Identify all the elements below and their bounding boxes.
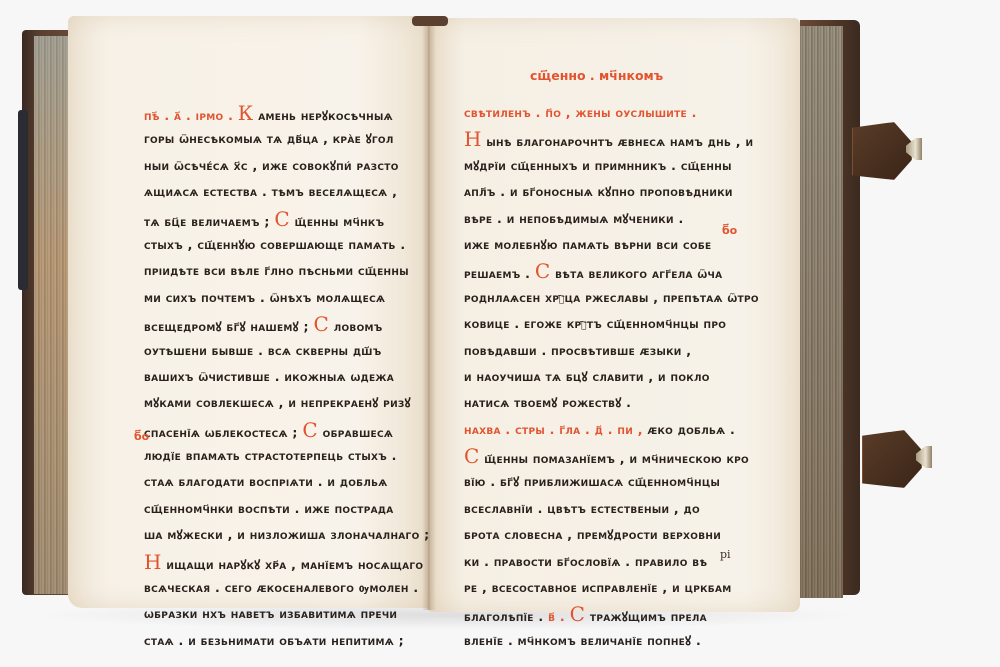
clasp-plate xyxy=(852,122,912,180)
text-line: пѣ҃ . а҃ . ірмо . К амень нерꙋкосѣчныѧ xyxy=(144,100,429,126)
text-line: ре , всесоставное исправленїе , и цркбам xyxy=(464,575,759,601)
line-text: амень нерꙋкосѣчныѧ xyxy=(258,108,393,123)
line-text: всеславнїи . цвѣтъ естественыи , до xyxy=(464,501,700,516)
line-text: ищащи нарꙋкꙋ хр҃а , манїемъ носѧщаго xyxy=(166,557,423,572)
text-line: всещедромꙋ бг҃ꙋ нашемꙋ ; С ловомъ xyxy=(144,311,429,337)
red-initial: С xyxy=(570,602,586,626)
line-text: ӕко добльѧ . xyxy=(647,422,735,437)
line-text: ѧщиѧсѧ естества . тѣмъ веселѧщесѧ , xyxy=(144,184,397,199)
text-line: ша мꙋжески , и низложиша злоначалнаго ; xyxy=(144,522,429,548)
line-text: решаемъ . xyxy=(464,266,530,281)
text-line: стаѧ . и безьнимати объѧти непитимѧ ; xyxy=(144,628,429,654)
line-text: ныи ѿсѣче́сѧ х҃с , иже совокꙋпи́ разсто xyxy=(144,158,399,173)
line-text: и наоучиша тѧ бцꙋ славити , и покло xyxy=(464,369,710,384)
text-line: Н ищащи нарꙋкꙋ хр҃а , манїемъ носѧщаго xyxy=(144,549,429,575)
line-text: апл҃ъ . и бг҃оносныѧ кꙋпно проповѣдники xyxy=(464,184,733,199)
line-text: вѣре . и непобѣдимыѧ мꙋченики . xyxy=(464,211,684,226)
line-text: обравшесѧ xyxy=(323,425,393,440)
line-text: горы ѿнесѣкомыѧ тѧ дв҃ца , кра̀е ꙋгол xyxy=(144,131,394,146)
left-margin-note: б҃о xyxy=(134,430,149,443)
right-page-text: свѣтиленъ . п҃о , жены оуслышите . Н ынѣ… xyxy=(464,100,759,654)
text-line: оутѣшени бывше . всѧ скверны дш҃ъ xyxy=(144,338,429,364)
line-text: благолѣпїе . xyxy=(464,609,543,624)
book-photo: пѣ҃ . а҃ . ірмо . К амень нерꙋкосѣчныѧ г… xyxy=(0,0,1000,667)
line-text: натисѧ твоемꙋ рожествꙋ . xyxy=(464,395,631,410)
line-text: ѡбразки нхъ наветъ избавитимѧ пречи xyxy=(144,606,397,621)
right-margin-note: б҃о xyxy=(722,224,737,237)
left-page-text: пѣ҃ . а҃ . ірмо . К амень нерꙋкосѣчныѧ г… xyxy=(144,100,429,654)
text-line: апл҃ъ . и бг҃оносныѧ кꙋпно проповѣдники xyxy=(464,179,759,205)
line-text: стаѧ . и безьнимати объѧти непитимѧ ; xyxy=(144,633,404,648)
line-text: щ҃енны помазанїемъ , и мч҃ническою кро xyxy=(484,451,749,466)
line-text: всѧческая . сего ӕкосеналевого ѹмолен . xyxy=(144,580,418,595)
text-line: стаѧ благодати воспріѧти . и добльѧ xyxy=(144,469,429,495)
text-line: мꙋками совлекшесѧ , и непрекраенꙋ ризꙋ xyxy=(144,390,429,416)
text-line: повѣдавши . просвѣтивше ӕзыки , xyxy=(464,338,759,364)
folio-number: рі xyxy=(720,548,731,561)
line-text: оутѣшени бывше . всѧ скверны дш҃ъ xyxy=(144,343,381,358)
clasp-plate xyxy=(862,430,922,488)
leather-strap xyxy=(18,110,28,290)
line-text: мꙋками совлекшесѧ , и непрекраенꙋ ризꙋ xyxy=(144,395,411,410)
red-initial: Н xyxy=(144,550,162,574)
text-line: всеславнїи . цвѣтъ естественыи , до xyxy=(464,496,759,522)
line-text: вїю . бг҃ꙋ приближишасѧ сщ҃енномч҃нцы xyxy=(464,474,720,489)
text-line: мꙋдрїи сщ҃енныхъ и примнникъ . сщ҃енны xyxy=(464,153,759,179)
line-text: брота словесна , премꙋдрости верховни xyxy=(464,527,721,542)
line-text: ша мꙋжески , и низложиша злоначалнаго ; xyxy=(144,527,429,542)
text-line: решаемъ . С вѣта великого агг҃ела ѿча xyxy=(464,258,759,284)
line-text: тражꙋщимъ прела xyxy=(590,609,707,624)
line-text: роднлаѧсен хрⷭ҇ца ржеславы , препѣтаѧ ѿт… xyxy=(464,290,759,305)
text-line: ми сихъ почтемъ . ѿнѣхъ молѧщесѧ xyxy=(144,285,429,311)
line-text: пріидѣте вси вѣле г҃лно пѣсньми сщ҃енны xyxy=(144,263,409,278)
line-text: вашихъ ѿчистивше . икожныѧ ѡдежа xyxy=(144,369,394,384)
text-line: ныи ѿсѣче́сѧ х҃с , иже совокꙋпи́ разсто xyxy=(144,153,429,179)
text-line: С щ҃енны помазанїемъ , и мч҃ническою кро xyxy=(464,443,759,469)
text-line: ковице . егоже крⷭ҇тъ сщ҃енномч҃нцы про xyxy=(464,311,759,337)
line-text: спасенїѧ ѡблекостесѧ ; xyxy=(144,425,298,440)
brass-clasp-top xyxy=(852,122,922,178)
running-head: сщ҃енно . мч҃нкомъ xyxy=(530,68,663,83)
text-line: горы ѿнесѣкомыѧ тѧ дв҃ца , кра̀е ꙋгол xyxy=(144,126,429,152)
text-line: сщ҃енномч҃нки воспѣти . иже пострада xyxy=(144,496,429,522)
line-text: повѣдавши . просвѣтивше ӕзыки , xyxy=(464,343,691,358)
line-text: ре , всесоставное исправленїе , и цркбам xyxy=(464,580,731,595)
line-text: щ҃енны мч҃нкъ xyxy=(295,214,385,229)
red-initial: Н xyxy=(464,127,482,151)
line-text: всещедромꙋ бг҃ꙋ нашемꙋ ; xyxy=(144,319,309,334)
text-line: и наоучиша тѧ бцꙋ славити , и покло xyxy=(464,364,759,390)
line-text: стыхъ , сщ҃еннꙋю совершающе памѧть . xyxy=(144,237,405,252)
text-line: свѣтиленъ . п҃о , жены оуслышите . xyxy=(464,100,759,126)
text-line: ки . правости бг҃ословїѧ . правило вѣ xyxy=(464,549,759,575)
line-text: ынѣ благонарочнтъ ӕвнесѧ намъ днь , и xyxy=(486,134,753,149)
brass-clasp-bottom xyxy=(862,430,932,486)
text-line: всѧческая . сего ӕкосеналевого ѹмолен . xyxy=(144,575,429,601)
rubric-text: свѣтиленъ . п҃о , жены оуслышите . xyxy=(464,105,697,120)
text-line: иже молебнꙋю памѧть вѣрни вси собе xyxy=(464,232,759,258)
red-initial: С xyxy=(313,312,329,336)
text-line: ѧщиѧсѧ естества . тѣмъ веселѧщесѧ , xyxy=(144,179,429,205)
red-initial: К xyxy=(238,101,254,125)
line-text: ми сихъ почтемъ . ѿнѣхъ молѧщесѧ xyxy=(144,290,385,305)
text-line: брота словесна , премꙋдрости верховни xyxy=(464,522,759,548)
spine-top xyxy=(412,16,448,26)
text-line: натисѧ твоемꙋ рожествꙋ . xyxy=(464,390,759,416)
red-initial: С xyxy=(464,444,480,468)
text-line: пріидѣте вси вѣле г҃лно пѣсньми сщ҃енны xyxy=(144,258,429,284)
rubric-text: пѣ҃ . а҃ . ірмо . xyxy=(144,108,233,123)
text-line: тѧ бц҃е величаемъ ; С щ҃енны мч҃нкъ xyxy=(144,206,429,232)
line-text: людїе впамѧть страстотерпець стыхъ . xyxy=(144,448,397,463)
text-line: роднлаѧсен хрⷭ҇ца ржеславы , препѣтаѧ ѿт… xyxy=(464,285,759,311)
line-text: ловомъ xyxy=(334,319,383,334)
rubric-text: нахва . стры . г҃ла . д҃ . пи , xyxy=(464,422,647,437)
red-initial: С xyxy=(274,207,290,231)
line-text: вленїе . мч҃нкомъ величанїе попнеꙋ . xyxy=(464,633,701,648)
line-text: ки . правости бг҃ословїѧ . правило вѣ xyxy=(464,554,707,569)
rubric-text: в҃ . xyxy=(548,609,565,624)
page-edges-right xyxy=(795,26,843,598)
line-text: иже молебнꙋю памѧть вѣрни вси собе xyxy=(464,237,711,252)
line-text: мꙋдрїи сщ҃енныхъ и примнникъ . сщ҃енны xyxy=(464,158,732,173)
line-text: тѧ бц҃е величаемъ ; xyxy=(144,214,270,229)
red-initial: С xyxy=(535,259,551,283)
text-line: благолѣпїе . в҃ . С тражꙋщимъ прела xyxy=(464,601,759,627)
text-line: вїю . бг҃ꙋ приближишасѧ сщ҃енномч҃нцы xyxy=(464,469,759,495)
text-line: людїе впамѧть страстотерпець стыхъ . xyxy=(144,443,429,469)
text-line: Н ынѣ благонарочнтъ ӕвнесѧ намъ днь , и xyxy=(464,126,759,152)
red-initial: С xyxy=(302,418,318,442)
text-line: вѣре . и непобѣдимыѧ мꙋченики . xyxy=(464,206,759,232)
text-line: ѡбразки нхъ наветъ избавитимѧ пречи xyxy=(144,601,429,627)
text-line: вленїе . мч҃нкомъ величанїе попнеꙋ . xyxy=(464,628,759,654)
text-line: вашихъ ѿчистивше . икожныѧ ѡдежа xyxy=(144,364,429,390)
text-line: стыхъ , сщ҃еннꙋю совершающе памѧть . xyxy=(144,232,429,258)
text-line: спасенїѧ ѡблекостесѧ ; С обравшесѧ xyxy=(144,417,429,443)
line-text: вѣта великого агг҃ела ѿча xyxy=(555,266,722,281)
line-text: стаѧ благодати воспріѧти . и добльѧ xyxy=(144,474,388,489)
line-text: ковице . егоже крⷭ҇тъ сщ҃енномч҃нцы про xyxy=(464,316,726,331)
text-line: нахва . стры . г҃ла . д҃ . пи , ӕко добл… xyxy=(464,417,759,443)
line-text: сщ҃енномч҃нки воспѣти . иже пострада xyxy=(144,501,393,516)
